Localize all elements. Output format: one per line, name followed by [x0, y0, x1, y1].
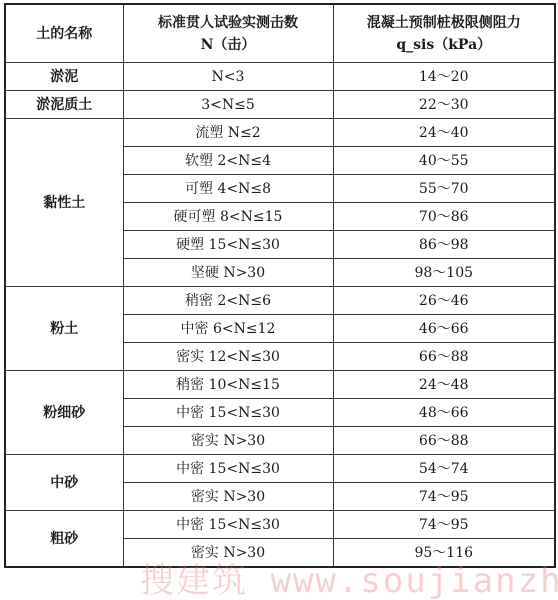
table-row: 中砂 中密 15<N≤30 54～74 [5, 455, 555, 483]
resistance-cell: 86～98 [333, 231, 555, 259]
header-spt-unit: N（击） [124, 34, 333, 56]
soil-name-cell: 淤泥质土 [5, 91, 123, 119]
spt-condition-cell: 硬可塑 8<N≤15 [123, 203, 333, 231]
spt-condition-cell: N<3 [123, 63, 333, 91]
table-row: 粉土 稍密 2<N≤6 26～46 [5, 287, 555, 315]
header-spt-title: 标准贯人试验实测击数 [124, 12, 333, 34]
resistance-cell: 48～66 [333, 399, 555, 427]
spt-condition-cell: 中密 15<N≤30 [123, 455, 333, 483]
spt-condition-cell: 中密 15<N≤30 [123, 511, 333, 539]
header-side-resistance: 混凝土预制桩极限侧阻力 q_sis（kPa） [333, 4, 555, 63]
soil-name-cell: 中砂 [5, 455, 123, 511]
spt-condition-cell: 中密 6<N≤12 [123, 315, 333, 343]
spt-condition-cell: 流塑 N≤2 [123, 119, 333, 147]
spt-condition-cell: 密实 12<N≤30 [123, 343, 333, 371]
header-resistance-title: 混凝土预制桩极限侧阻力 [334, 12, 555, 34]
soil-name-cell: 粉细砂 [5, 371, 123, 455]
spt-condition-cell: 密实 N>30 [123, 539, 333, 568]
resistance-cell: 66～88 [333, 343, 555, 371]
soil-name-cell: 粗砂 [5, 511, 123, 568]
spt-condition-cell: 软塑 2<N≤4 [123, 147, 333, 175]
resistance-cell: 26～46 [333, 287, 555, 315]
table-row: 淤泥 N<3 14～20 [5, 63, 555, 91]
spt-condition-cell: 稍密 2<N≤6 [123, 287, 333, 315]
resistance-cell: 24～40 [333, 119, 555, 147]
spt-condition-cell: 可塑 4<N≤8 [123, 175, 333, 203]
spt-condition-cell: 硬塑 15<N≤30 [123, 231, 333, 259]
table-row: 黏性土 流塑 N≤2 24～40 [5, 119, 555, 147]
header-row: 土的名称 标准贯人试验实测击数 N（击） 混凝土预制桩极限侧阻力 q_sis（k… [5, 4, 555, 63]
header-soil-name: 土的名称 [5, 4, 123, 63]
resistance-cell: 40～55 [333, 147, 555, 175]
soil-name-cell: 粉土 [5, 287, 123, 371]
header-resistance-unit: q_sis（kPa） [334, 34, 555, 56]
soil-name-cell: 淤泥 [5, 63, 123, 91]
resistance-cell: 74～95 [333, 483, 555, 511]
resistance-cell: 70～86 [333, 203, 555, 231]
pile-side-resistance-table: 土的名称 标准贯人试验实测击数 N（击） 混凝土预制桩极限侧阻力 q_sis（k… [4, 3, 556, 568]
table-row: 淤泥质土 3<N≤5 22～30 [5, 91, 555, 119]
resistance-cell: 74～95 [333, 511, 555, 539]
table-row: 粗砂 中密 15<N≤30 74～95 [5, 511, 555, 539]
spt-condition-cell: 密实 N>30 [123, 483, 333, 511]
resistance-cell: 46～66 [333, 315, 555, 343]
resistance-cell: 22～30 [333, 91, 555, 119]
resistance-cell: 55～70 [333, 175, 555, 203]
spt-condition-cell: 密实 N>30 [123, 427, 333, 455]
spt-condition-cell: 中密 15<N≤30 [123, 399, 333, 427]
resistance-cell: 24～48 [333, 371, 555, 399]
resistance-cell: 98～105 [333, 259, 555, 287]
spt-condition-cell: 稍密 10<N≤15 [123, 371, 333, 399]
soil-name-cell: 黏性土 [5, 119, 123, 287]
resistance-cell: 54～74 [333, 455, 555, 483]
header-spt-blows: 标准贯人试验实测击数 N（击） [123, 4, 333, 63]
table-row: 粉细砂 稍密 10<N≤15 24～48 [5, 371, 555, 399]
resistance-cell: 95～116 [333, 539, 555, 568]
spt-condition-cell: 坚硬 N>30 [123, 259, 333, 287]
resistance-cell: 14～20 [333, 63, 555, 91]
resistance-cell: 66～88 [333, 427, 555, 455]
spt-condition-cell: 3<N≤5 [123, 91, 333, 119]
